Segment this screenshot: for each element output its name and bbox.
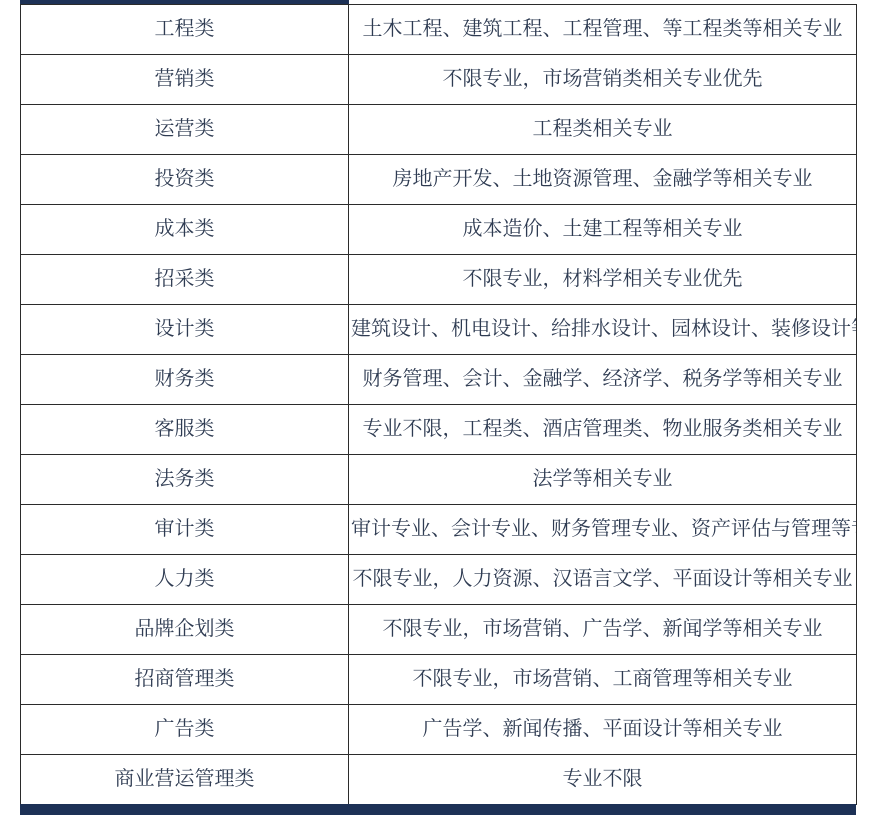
majors-cell: 法学等相关专业 — [349, 455, 857, 505]
category-cell: 审计类 — [21, 505, 349, 555]
majors-cell: 审计专业、会计专业、财务管理专业、资产评估与管理等专业 — [349, 505, 857, 555]
table-row: 审计类审计专业、会计专业、财务管理专业、资产评估与管理等专业 — [21, 505, 857, 555]
category-cell: 品牌企划类 — [21, 605, 349, 655]
category-cell: 招商管理类 — [21, 655, 349, 705]
table-row: 运营类工程类相关专业 — [21, 105, 857, 155]
table-row: 广告类广告学、新闻传播、平面设计等相关专业 — [21, 705, 857, 755]
category-cell: 工程类 — [21, 5, 349, 55]
majors-cell: 房地产开发、土地资源管理、金融学等相关专业 — [349, 155, 857, 205]
majors-cell: 不限专业，材料学相关专业优先 — [349, 255, 857, 305]
majors-cell: 不限专业，人力资源、汉语言文学、平面设计等相关专业 — [349, 555, 857, 605]
cutoff-section-bottom-bar — [20, 804, 856, 815]
category-cell: 设计类 — [21, 305, 349, 355]
category-cell: 商业营运管理类 — [21, 755, 349, 805]
majors-cell: 不限专业，市场营销类相关专业优先 — [349, 55, 857, 105]
table-row: 招采类不限专业，材料学相关专业优先 — [21, 255, 857, 305]
table-row: 设计类建筑设计、机电设计、给排水设计、园林设计、装修设计等相关专业 — [21, 305, 857, 355]
table-row: 成本类成本造价、土建工程等相关专业 — [21, 205, 857, 255]
majors-cell: 土木工程、建筑工程、工程管理、等工程类等相关专业 — [349, 5, 857, 55]
category-cell: 人力类 — [21, 555, 349, 605]
category-cell: 招采类 — [21, 255, 349, 305]
majors-cell: 成本造价、土建工程等相关专业 — [349, 205, 857, 255]
majors-cell: 财务管理、会计、金融学、经济学、税务学等相关专业 — [349, 355, 857, 405]
category-cell: 财务类 — [21, 355, 349, 405]
table-row: 商业营运管理类专业不限 — [21, 755, 857, 805]
category-cell: 客服类 — [21, 405, 349, 455]
table-row: 工程类土木工程、建筑工程、工程管理、等工程类等相关专业 — [21, 5, 857, 55]
document-page: 工程类土木工程、建筑工程、工程管理、等工程类等相关专业营销类不限专业，市场营销类… — [0, 0, 872, 815]
table-row: 人力类不限专业，人力资源、汉语言文学、平面设计等相关专业 — [21, 555, 857, 605]
category-cell: 广告类 — [21, 705, 349, 755]
job-category-majors-table: 工程类土木工程、建筑工程、工程管理、等工程类等相关专业营销类不限专业，市场营销类… — [20, 4, 857, 805]
table-row: 招商管理类不限专业，市场营销、工商管理等相关专业 — [21, 655, 857, 705]
category-cell: 法务类 — [21, 455, 349, 505]
majors-cell: 专业不限 — [349, 755, 857, 805]
majors-cell: 不限专业，市场营销、广告学、新闻学等相关专业 — [349, 605, 857, 655]
category-cell: 成本类 — [21, 205, 349, 255]
table-row: 客服类专业不限，工程类、酒店管理类、物业服务类相关专业 — [21, 405, 857, 455]
majors-cell: 广告学、新闻传播、平面设计等相关专业 — [349, 705, 857, 755]
table-row: 投资类房地产开发、土地资源管理、金融学等相关专业 — [21, 155, 857, 205]
majors-cell: 专业不限，工程类、酒店管理类、物业服务类相关专业 — [349, 405, 857, 455]
category-cell: 营销类 — [21, 55, 349, 105]
category-cell: 投资类 — [21, 155, 349, 205]
majors-cell: 建筑设计、机电设计、给排水设计、园林设计、装修设计等相关专业 — [349, 305, 857, 355]
table-row: 财务类财务管理、会计、金融学、经济学、税务学等相关专业 — [21, 355, 857, 405]
majors-cell: 不限专业，市场营销、工商管理等相关专业 — [349, 655, 857, 705]
table-row: 法务类法学等相关专业 — [21, 455, 857, 505]
table-row: 品牌企划类不限专业，市场营销、广告学、新闻学等相关专业 — [21, 605, 857, 655]
majors-cell: 工程类相关专业 — [349, 105, 857, 155]
category-cell: 运营类 — [21, 105, 349, 155]
table-row: 营销类不限专业，市场营销类相关专业优先 — [21, 55, 857, 105]
table-body: 工程类土木工程、建筑工程、工程管理、等工程类等相关专业营销类不限专业，市场营销类… — [21, 5, 857, 805]
